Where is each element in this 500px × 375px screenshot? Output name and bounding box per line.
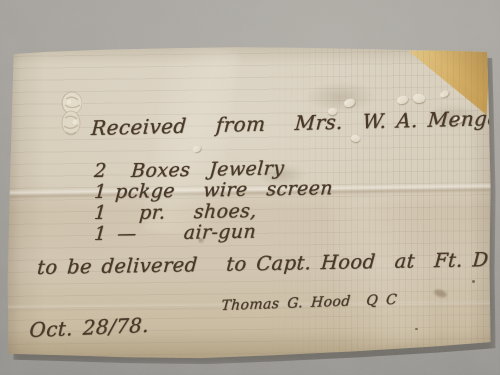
receipt-paper: Received from Mrs. W. A. Menger — 2 Boxe… bbox=[6, 46, 492, 360]
wrinkle-shadow bbox=[306, 82, 376, 112]
item-4-qty: 1 bbox=[93, 223, 107, 245]
item-2-text: pckge wire screen bbox=[114, 177, 333, 203]
embossed-seal-icon bbox=[54, 90, 90, 140]
stain-dot bbox=[472, 280, 475, 283]
photo-of-receipt: Received from Mrs. W. A. Menger — 2 Boxe… bbox=[0, 0, 500, 375]
item-4-text: — air-gun bbox=[116, 221, 256, 245]
item-1-qty: 2 bbox=[93, 160, 107, 182]
item-3-qty: 1 bbox=[93, 202, 107, 224]
stain-dot bbox=[415, 328, 418, 330]
item-2-qty: 1 bbox=[93, 181, 107, 203]
